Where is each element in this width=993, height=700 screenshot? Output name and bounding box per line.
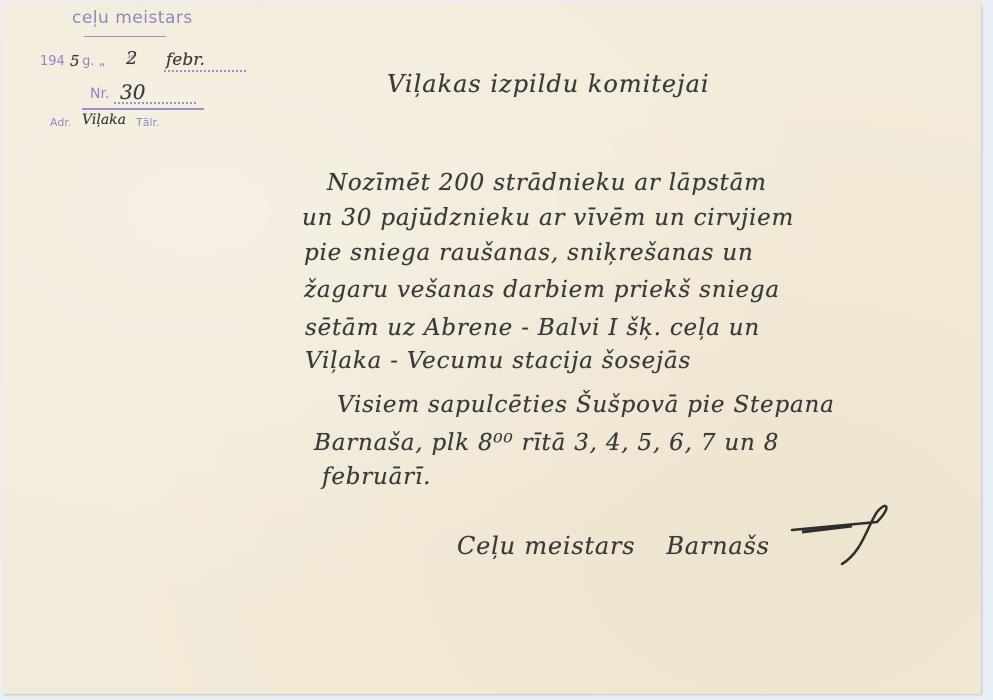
stamp-title: ceļu meistars	[72, 8, 193, 28]
letter-line: sētām uz Abrene - Balvi I šķ. ceļa un	[305, 315, 760, 341]
stamp-divider	[84, 36, 166, 37]
handwritten-month: febr.	[166, 50, 205, 70]
stamp-nr-label: Nr.	[90, 86, 109, 102]
letter-line: pie sniega raušanas, sniķrešanas un	[304, 240, 754, 266]
handwritten-address: Viļaka	[82, 112, 126, 128]
stamp-date-label: 194. g. „“	[40, 54, 134, 69]
letter-line: Nozīmēt 200 strādnieku ar lāpstām	[327, 170, 767, 196]
letter-line: Viļaka - Vecumu stacija šosejās	[305, 348, 691, 374]
handwritten-year-digit: 5	[70, 52, 80, 70]
letter-addressee: Viļakas izpildu komitejai	[387, 70, 710, 98]
stamp-adr-label: Adr.	[50, 116, 71, 129]
letter-line: Barnaša, plk 8⁰⁰ rītā 3, 4, 5, 6, 7 un 8	[314, 430, 779, 456]
stamp-tel-label: Tālr.	[136, 116, 160, 129]
handwritten-number: 30	[120, 80, 145, 104]
stamp-nr-underline	[82, 108, 204, 110]
letter-line: februārī.	[322, 464, 431, 490]
letter-line: Visiem sapulcēties Šušpovā pie Stepana	[337, 392, 835, 418]
stamp-year-prefix: 194	[40, 54, 65, 69]
letter-line: žagaru vešanas darbiem priekš sniega	[304, 277, 780, 303]
signature-name: Barnašs	[666, 532, 769, 560]
signature-block: Ceļu meistars Barnašs	[457, 532, 770, 560]
document-page: ceļu meistars 194. g. „“ Nr. Adr. Tālr. …	[2, 2, 981, 694]
signature-flourish-icon	[782, 502, 892, 572]
handwritten-day: 2	[126, 48, 137, 69]
letter-line: un 30 pajūdznieku ar vīvēm un cirvjiem	[302, 205, 794, 231]
signature-title: Ceļu meistars	[457, 532, 635, 560]
stamp-date-line	[164, 70, 246, 72]
